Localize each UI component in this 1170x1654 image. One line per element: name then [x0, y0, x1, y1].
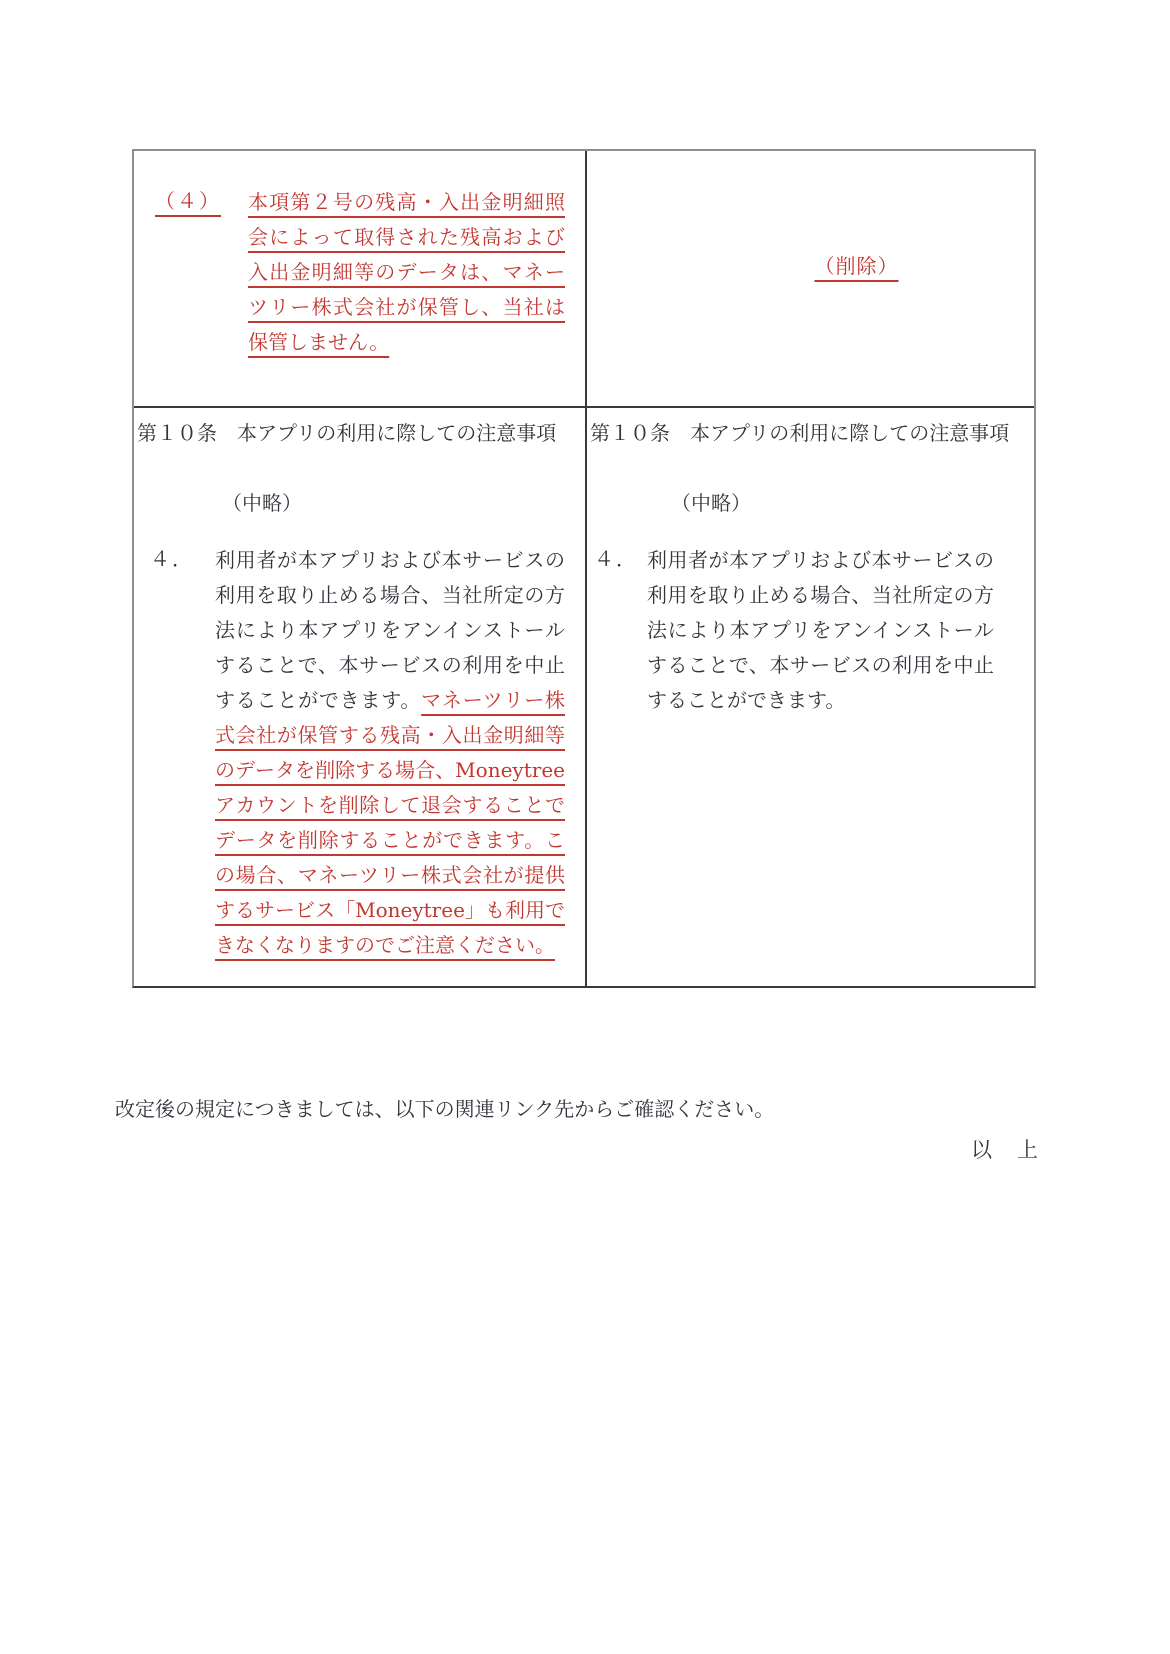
table-cell-old-article10: 第１０条 本アプリの利用に際しての注意事項 （中略） ４． 利用者が本アプリおよ… [134, 408, 587, 986]
table-cell-new-deleted: （削除） [587, 151, 1034, 408]
closing-mark: 以 上 [971, 1134, 1040, 1164]
deleted-label: （削除） [815, 250, 899, 279]
table-cell-old-clause4: （４） 本項第２号の残高・入出金明細照会によって取得された残高および入出金明細等… [134, 151, 587, 408]
clause4-number: （４） [155, 185, 221, 214]
item4-text-added: マネーツリー株式会社が保管する残高・入出金明細等のデータを削除する場合、Mone… [215, 688, 565, 957]
article10-item4-old: ４． 利用者が本アプリおよび本サービスの利用を取り止める場合、当社所定の方法によ… [134, 543, 565, 963]
article10-item4-new: ４． 利用者が本アプリおよび本サービスの利用を取り止める場合、当社所定の方法によ… [587, 543, 994, 718]
table-cell-new-article10: 第１０条 本アプリの利用に際しての注意事項 （中略） ４． 利用者が本アプリおよ… [587, 408, 1034, 986]
comparison-table: （４） 本項第２号の残高・入出金明細照会によって取得された残高および入出金明細等… [132, 149, 1036, 988]
item4-text-new: 利用者が本アプリおよび本サービスの利用を取り止める場合、当社所定の方法により本ア… [647, 543, 994, 718]
article10-heading-new: 第１０条 本アプリの利用に際しての注意事項 [590, 416, 994, 451]
document-page: （４） 本項第２号の残高・入出金明細照会によって取得された残高および入出金明細等… [0, 0, 1170, 1654]
omission-note-new: （中略） [671, 486, 994, 521]
omission-note-old: （中略） [222, 486, 565, 521]
clause4-deleted-text: 本項第２号の残高・入出金明細照会によって取得された残高および入出金明細等のデータ… [248, 185, 565, 360]
item4-text-old: 利用者が本アプリおよび本サービスの利用を取り止める場合、当社所定の方法により本ア… [215, 543, 565, 963]
footer-note: 改定後の規定につきましては、以下の関連リンク先からご確認ください。 [115, 1094, 774, 1124]
item4-number-new: ４． [594, 543, 638, 572]
item4-number-old: ４． [150, 543, 194, 572]
article10-heading-old: 第１０条 本アプリの利用に際しての注意事項 [137, 416, 565, 451]
